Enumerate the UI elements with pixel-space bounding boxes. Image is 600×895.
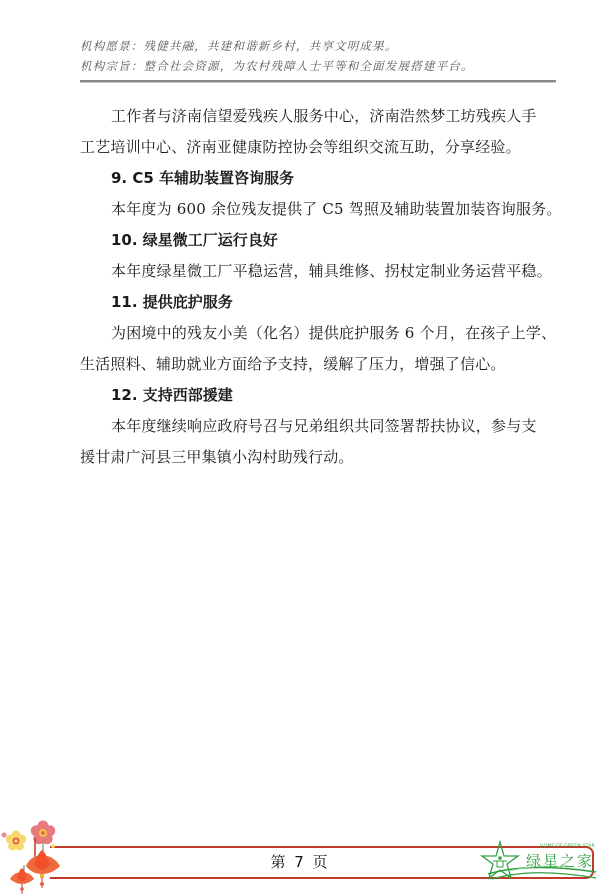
- section-heading-10: 10. 绿星微工厂运行良好: [80, 225, 558, 256]
- section-heading-12: 12. 支持西部援建: [80, 380, 558, 411]
- section-paragraph-12: 本年度继续响应政府号召与兄弟组织共同签署帮扶协议，参与支 援甘肃广河县三甲集镇小…: [80, 411, 558, 473]
- section-paragraph-9: 本年度为 600 余位残友提供了 C5 驾照及辅助装置加装咨询服务。: [80, 194, 558, 225]
- document-body: 工作者与济南信望爱残疾人服务中心，济南浩然梦工坊残疾人手 工艺培训中心、济南亚健…: [80, 101, 558, 473]
- section-heading-9: 9. C5 车辅助装置咨询服务: [80, 163, 558, 194]
- paragraph-line: 本年度绿星微工厂平稳运营，辅具维修、拐杖定制业务运营平稳。: [80, 256, 558, 287]
- page-footer: 第 7 页: [0, 820, 600, 895]
- paragraph-line: 援甘肃广河县三甲集镇小沟村助残行动。: [80, 442, 558, 473]
- organization-mission: 机构宗旨：整合社会资源，为农村残障人士平等和全面发展搭建平台。: [80, 56, 556, 76]
- section-paragraph-11: 为困境中的残友小美（化名）提供庇护服务 6 个月，在孩子上学、 生活照料、辅助就…: [80, 318, 558, 380]
- paragraph-line: 本年度继续响应政府号召与兄弟组织共同签署帮扶协议，参与支: [80, 411, 558, 442]
- logo-subtext: HOME OF GREEN STAR: [540, 844, 595, 849]
- section-heading-11: 11. 提供庇护服务: [80, 287, 558, 318]
- flower-decoration-icon: [0, 820, 70, 895]
- paragraph-line: 工作者与济南信望爱残疾人服务中心，济南浩然梦工坊残疾人手: [80, 101, 558, 132]
- page-header: 机构愿景：残健共融，共建和谐新乡村，共享文明成果。 机构宗旨：整合社会资源，为农…: [80, 36, 556, 83]
- paragraph-line: 本年度为 600 余位残友提供了 C5 驾照及辅助装置加装咨询服务。: [80, 194, 558, 225]
- organization-vision: 机构愿景：残健共融，共建和谐新乡村，共享文明成果。: [80, 36, 556, 56]
- header-divider: [80, 80, 556, 83]
- green-star-logo: HOME OF GREEN STAR 绿星之家: [478, 834, 598, 890]
- paragraph-line: 为困境中的残友小美（化名）提供庇护服务 6 个月，在孩子上学、: [80, 318, 558, 349]
- paragraph-line: 生活照料、辅助就业方面给予支持，缓解了压力，增强了信心。: [80, 349, 558, 380]
- logo-text: 绿星之家: [526, 850, 594, 871]
- section-paragraph-10: 本年度绿星微工厂平稳运营，辅具维修、拐杖定制业务运营平稳。: [80, 256, 558, 287]
- paragraph-line: 工艺培训中心、济南亚健康防控协会等组织交流互助，分享经验。: [80, 132, 558, 163]
- intro-paragraph: 工作者与济南信望爱残疾人服务中心，济南浩然梦工坊残疾人手 工艺培训中心、济南亚健…: [80, 101, 558, 163]
